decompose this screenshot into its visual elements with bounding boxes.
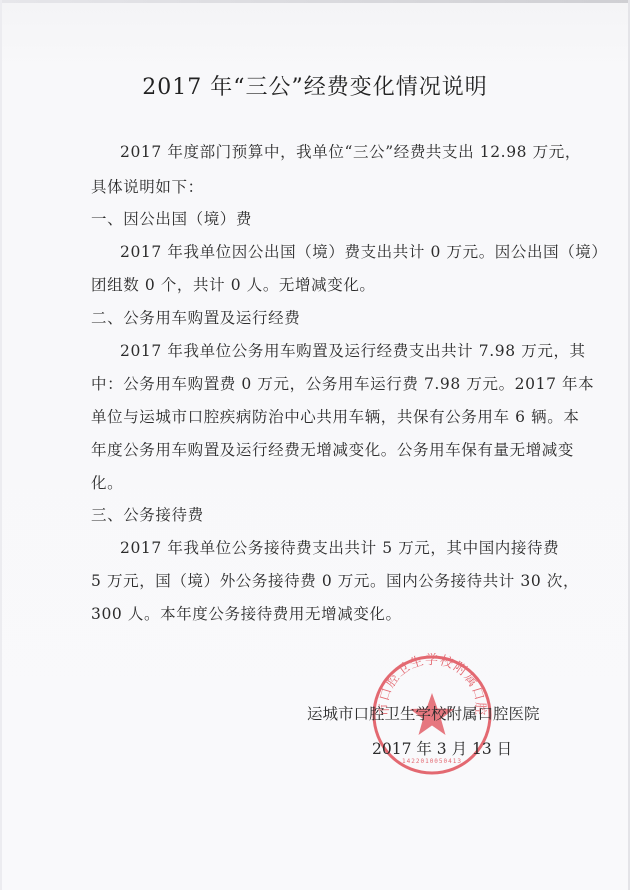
intro-line-1: 2017 年度部门预算中，我单位“三公”经费共支出 12.98 万元，: [120, 140, 546, 162]
section-1-line-1: 2017 年我单位因公出国（境）费支出共计 0 万元。因公出国（境）: [120, 240, 546, 262]
section-3-line-1: 2017 年我单位公务接待费支出共计 5 万元，其中国内接待费: [120, 536, 546, 558]
section-1-heading: 一、因公出国（境）费: [91, 207, 252, 229]
section-2-heading: 二、公务用车购置及运行经费: [91, 306, 300, 328]
section-2-line-2: 中：公务用车购置费 0 万元，公务用车运行费 7.98 万元。2017 年本: [91, 372, 546, 394]
section-2-line-4: 年度公务用车购置及运行经费无增减变化。公务用车保有量无增减变: [91, 438, 546, 460]
section-3-line-2: 5 万元，国（境）外公务接待费 0 万元。国内公务接待共计 30 次，: [91, 569, 546, 591]
signature-organization: 运城市口腔卫生学校附属口腔医院: [307, 702, 540, 724]
section-1-line-2: 团组数 0 个，共计 0 人。无增减变化。: [91, 273, 376, 295]
section-2-line-3: 单位与运城市口腔疾病防治中心共用车辆，共保有公务用车 6 辆。本: [91, 405, 546, 427]
page-edge-top: [0, 0, 630, 3]
section-2-line-5: 化。: [91, 471, 123, 493]
svg-text:1422010050413: 1422010050413: [402, 758, 462, 765]
scanned-page: 2017 年“三公”经费变化情况说明 2017 年度部门预算中，我单位“三公”经…: [0, 0, 630, 890]
document-title: 2017 年“三公”经费变化情况说明: [0, 70, 630, 101]
signature-date: 2017 年 3 月 13 日: [372, 737, 512, 759]
page-edge-left: [0, 0, 2, 890]
section-2-line-1: 2017 年我单位公务用车购置及运行经费支出共计 7.98 万元，其: [120, 339, 546, 361]
intro-line-2: 具体说明如下：: [91, 175, 204, 197]
section-3-line-3: 300 人。本年度公务接待费用无增减变化。: [91, 602, 402, 624]
section-3-heading: 三、公务接待费: [91, 503, 204, 525]
